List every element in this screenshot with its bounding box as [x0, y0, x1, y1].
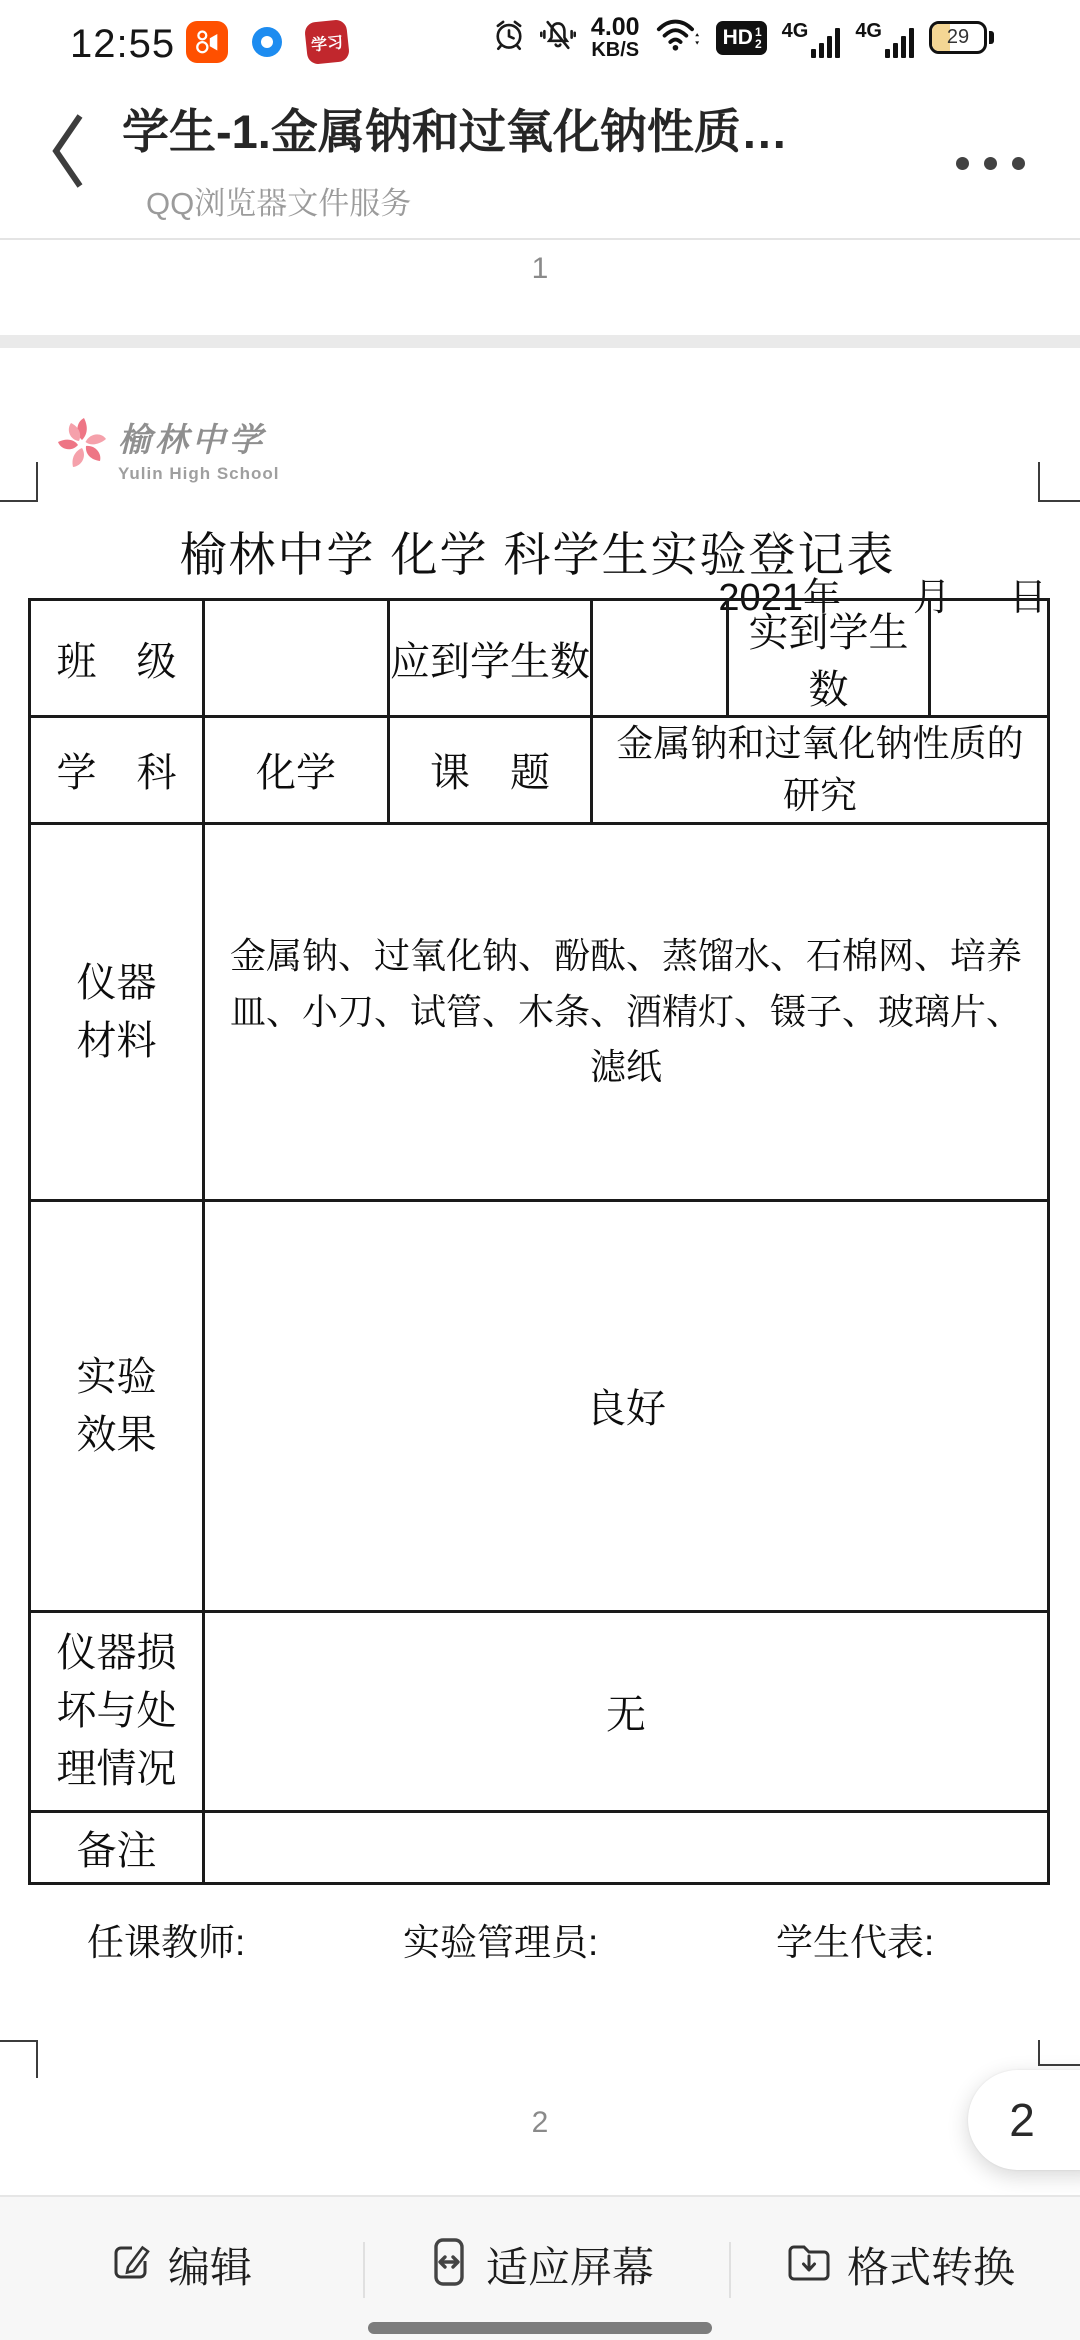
table-row-subject: 学 科 化学 课 题 金属钠和过氧化钠性质的研究 [30, 717, 1049, 824]
bottom-toolbar: 编辑 适应屏幕 格式转换 [0, 2195, 1080, 2340]
nav-bar: 学生-1.金属钠和过氧化钠性质… QQ浏览器文件服务 [0, 75, 1080, 238]
kuaishou-app-icon [186, 21, 228, 63]
table-row-materials: 仪器材料 金属钠、过氧化钠、酚酞、蒸馏水、石棉网、培养皿、小刀、试管、木条、酒精… [30, 823, 1049, 1200]
network-speed: 4.00 KB/S [591, 15, 640, 60]
subject-label-cell: 学 科 [30, 717, 204, 824]
volte-hd-icon: HD 1 2 [716, 21, 767, 55]
vibrate-mute-icon [540, 18, 576, 57]
screen: 12:55 学习 [0, 0, 1080, 2340]
student-rep-signature-label: 学生代表: [776, 1912, 934, 1966]
effect-label-cell: 实验效果 [30, 1200, 204, 1611]
notification-app-icons: 学习 [186, 20, 348, 64]
edit-pencil-icon [108, 2239, 154, 2290]
actual-value-cell [930, 600, 1049, 717]
remarks-label-cell: 备注 [30, 1811, 204, 1883]
fit-screen-button[interactable]: 适应屏幕 [360, 2189, 720, 2340]
edit-button[interactable]: 编辑 [0, 2189, 360, 2340]
page-2-number: 2 [0, 2106, 1080, 2140]
subject-value-cell: 化学 [204, 717, 389, 824]
page-1-number: 1 [0, 252, 1080, 286]
lab-manager-signature-label: 实验管理员: [403, 1912, 598, 1966]
table-row-effect: 实验效果 良好 [30, 1200, 1049, 1611]
text-boundary-mark-bottom-right [1038, 2040, 1080, 2066]
logo-school-name-cn: 榆林中学 [118, 414, 280, 461]
browser-app-icon [252, 27, 282, 57]
alarm-icon [493, 18, 525, 57]
clock-time: 12:55 [70, 22, 175, 67]
materials-value-cell: 金属钠、过氧化钠、酚酞、蒸馏水、石棉网、培养皿、小刀、试管、木条、酒精灯、镊子、… [204, 823, 1049, 1200]
nav-divider [0, 238, 1080, 240]
school-logo: 榆林中学 Yulin High School [56, 414, 280, 484]
folder-download-icon [785, 2239, 833, 2290]
logo-school-name-en: Yulin High School [118, 464, 280, 484]
text-boundary-mark-top-right [1038, 462, 1080, 502]
materials-label-cell: 仪器材料 [30, 823, 204, 1200]
fit-screen-icon [426, 2236, 472, 2293]
actual-label-cell: 实到学生数 [728, 600, 930, 717]
status-icons: 4.00 KB/S HD 1 2 [493, 0, 994, 75]
more-menu-button[interactable] [956, 157, 1025, 170]
battery-icon: 29 [929, 21, 994, 54]
topic-value-cell: 金属钠和过氧化钠性质的研究 [592, 717, 1049, 824]
damage-label-cell: 仪器损坏与处理情况 [30, 1611, 204, 1811]
experiment-form-table: 班 级 应到学生数 实到学生数 学 科 化学 课 题 金属钠和过氧化钠性质的研究… [28, 598, 1050, 1885]
class-value-cell [204, 600, 389, 717]
gesture-bar[interactable] [368, 2322, 712, 2334]
signature-line: 任课教师: 实验管理员: 学生代表: [0, 1912, 1080, 1956]
file-title: 学生-1.金属钠和过氧化钠性质… [122, 95, 788, 162]
expected-label-cell: 应到学生数 [389, 600, 592, 717]
table-row-remarks: 备注 [30, 1811, 1049, 1883]
class-label-cell: 班 级 [30, 600, 204, 717]
effect-value-cell: 良好 [204, 1200, 1049, 1611]
status-bar: 12:55 学习 [0, 0, 1080, 75]
table-row-class: 班 级 应到学生数 实到学生数 [30, 600, 1049, 717]
topic-label-cell: 课 题 [389, 717, 592, 824]
text-boundary-mark-bottom-left [0, 2040, 38, 2078]
wifi-icon [655, 17, 701, 58]
signal-bars-icon-2: 4G [855, 18, 914, 58]
page-separator [0, 335, 1080, 348]
toolbar-divider-1 [363, 2242, 365, 2298]
signal-bars-icon-1: 4G [782, 18, 841, 58]
back-button[interactable] [48, 105, 96, 197]
expected-value-cell [592, 600, 728, 717]
text-boundary-mark-top-left [0, 462, 38, 502]
table-row-damage: 仪器损坏与处理情况 无 [30, 1611, 1049, 1811]
teacher-signature-label: 任课教师: [87, 1912, 245, 1966]
file-source-subtitle: QQ浏览器文件服务 [146, 178, 411, 223]
page-indicator-pill[interactable]: 2 [968, 2070, 1080, 2170]
flower-logo-icon [56, 414, 108, 476]
damage-value-cell: 无 [204, 1611, 1049, 1811]
toolbar-divider-2 [729, 2242, 731, 2298]
format-convert-button[interactable]: 格式转换 [720, 2189, 1080, 2340]
xuexi-app-icon: 学习 [304, 19, 350, 65]
remarks-value-cell [204, 1811, 1049, 1883]
